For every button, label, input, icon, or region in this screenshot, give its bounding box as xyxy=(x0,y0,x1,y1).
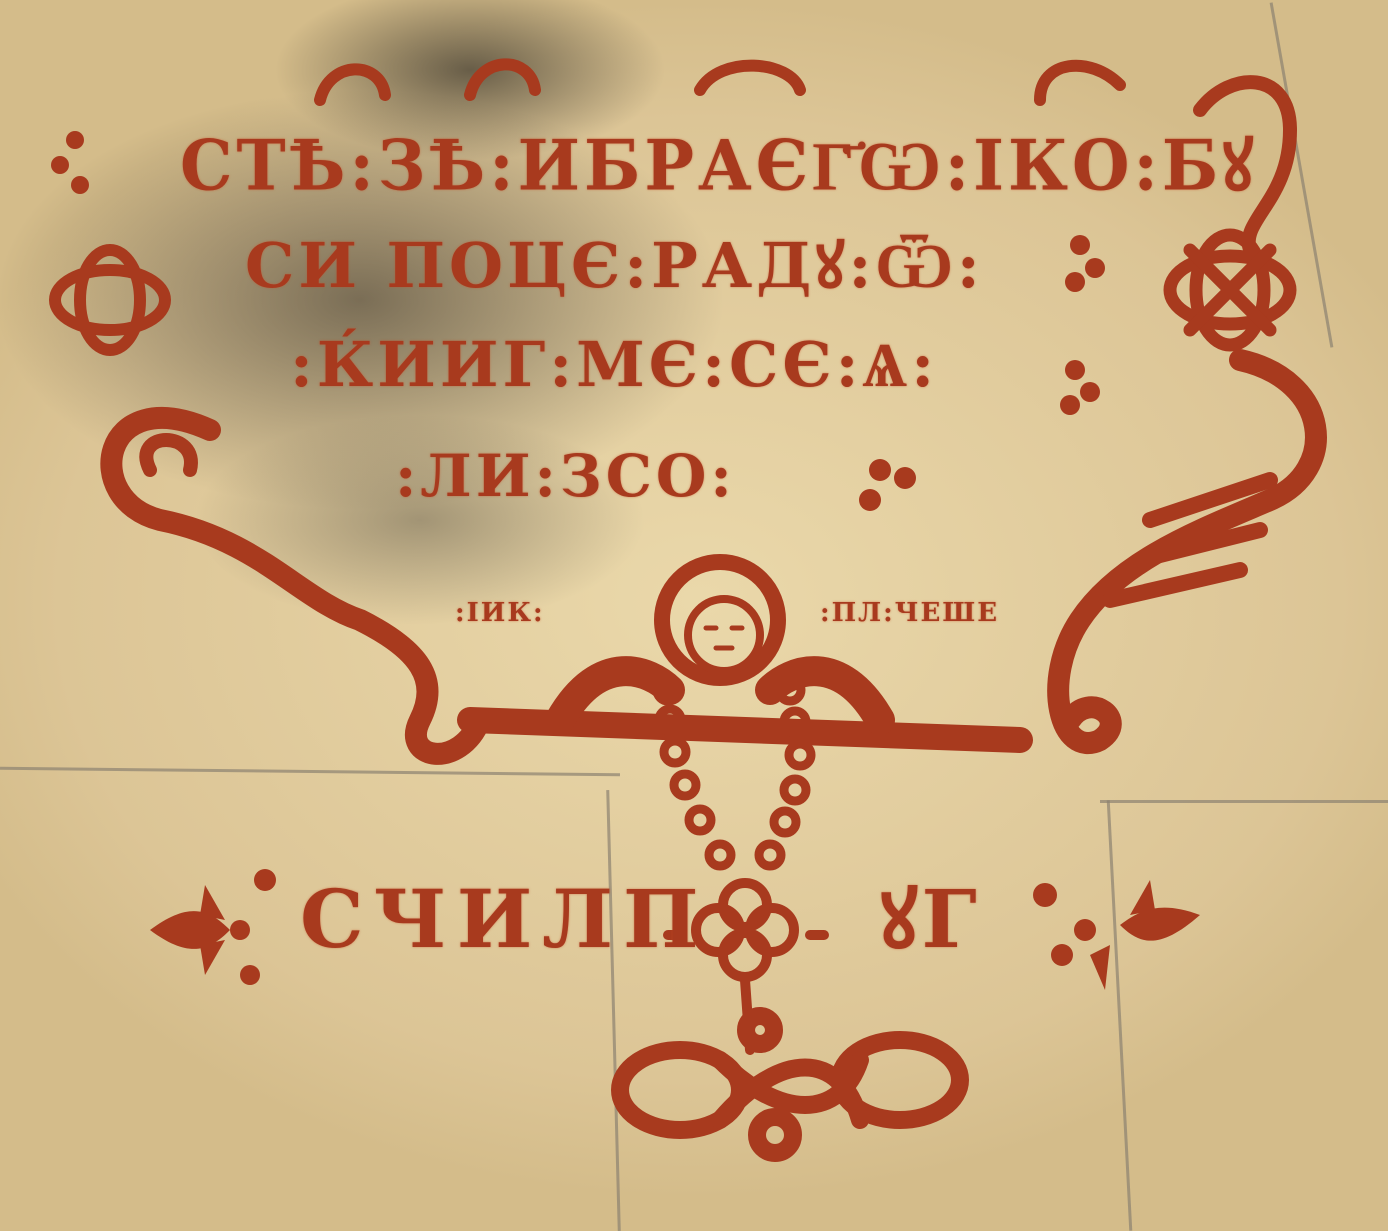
bottom-left-word: СЧИЛП xyxy=(300,872,709,966)
inscription-line-4: :ЛИ:ЗСО: xyxy=(395,442,736,510)
inscription-line-3: :ЌИИГ:МЄ:СЄ:Ѧ: xyxy=(290,328,938,402)
bottom-right-word: ꙋГ xyxy=(880,862,981,971)
label-left-of-head: :ІИК: xyxy=(455,598,545,628)
inscription-line-2: СИ ПОЦЄ:РАДꙋ:Ѿ: xyxy=(245,222,984,306)
bottom-knot-icon xyxy=(620,1016,960,1153)
pearl-chain-icon xyxy=(657,679,811,866)
fleur-right-icon xyxy=(1033,880,1200,990)
knot-icon-top-right xyxy=(1170,235,1290,345)
fleur-left-icon xyxy=(150,869,276,985)
inscription-line-1: СТҌ:ЗҌ:ИБРАЄГ҃Ѡ:ІКО:Бꙋ xyxy=(180,116,1257,211)
knot-icon-left xyxy=(55,250,165,350)
label-right-of-head: :ПЛ:ЧЕШЕ xyxy=(820,598,999,628)
head-with-wings-icon xyxy=(560,562,880,720)
